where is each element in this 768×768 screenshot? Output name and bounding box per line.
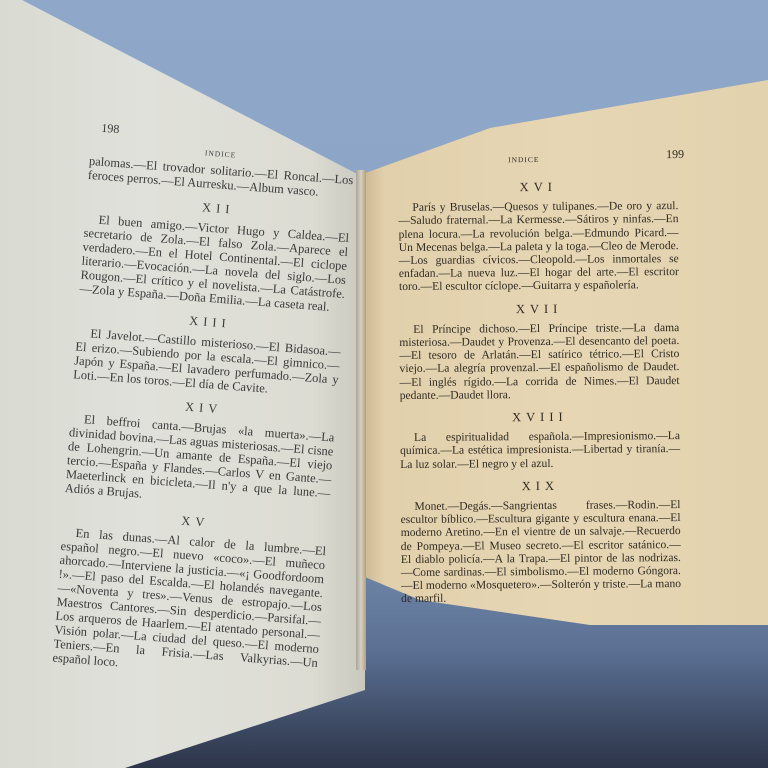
index-section: XV En las dunas.—Al calor de la lumbre.—… — [52, 505, 328, 684]
right-page-text: INDICE 199 XVI París y Bruselas.—Quesos … — [398, 148, 681, 615]
section-numeral: XVI — [398, 180, 678, 195]
section-text: Monet.—Degás.—Sangrientas frases.—Rodin.… — [400, 498, 681, 606]
page-number: 198 — [101, 121, 120, 136]
left-page-text: 198 INDICE palomas.—El trovador solitari… — [51, 120, 356, 693]
index-section: XIII El Javelot.—Castillo misterioso.—El… — [73, 306, 343, 401]
section-text: El Javelot.—Castillo misterioso.—El Bida… — [73, 325, 341, 400]
section-text: París y Bruselas.—Quesos y tulipanes.—De… — [398, 199, 679, 293]
section-text: En las dunas.—Al calor de la lumbre.—El … — [52, 525, 327, 684]
section-numeral: XVII — [399, 302, 679, 317]
section-text: El Príncipe dichoso.—El Príncipe triste.… — [399, 321, 680, 402]
section-text: La espiritualidad española.—Impresionism… — [400, 429, 680, 471]
index-section: XIX Monet.—Degás.—Sangrientas frases.—Ro… — [400, 479, 681, 606]
index-section: XVII El Príncipe dichoso.—El Príncipe tr… — [399, 302, 680, 402]
index-section: XVI París y Bruselas.—Quesos y tulipanes… — [398, 180, 679, 294]
photo-scene: 198 INDICE palomas.—El trovador solitari… — [0, 0, 768, 768]
running-head: INDICE — [508, 153, 540, 166]
index-section: XVIII La espiritualidad española.—Impres… — [400, 410, 680, 471]
right-page-header: INDICE 199 — [398, 148, 678, 172]
running-head: INDICE — [204, 146, 236, 162]
section-numeral: XIX — [400, 479, 680, 494]
section-text: El beffroi canta.—Brujas «la muerta».—La… — [64, 411, 334, 514]
section-numeral: XVIII — [400, 410, 680, 425]
page-number: 199 — [666, 148, 684, 161]
section-text: El buen amigo.—Victor Hugo y Caldea.—El … — [79, 212, 349, 315]
book-gutter — [356, 170, 366, 670]
index-section: XIV El beffroi canta.—Brujas «la muerta»… — [64, 391, 336, 514]
index-section: XII El buen amigo.—Victor Hugo y Caldea.… — [79, 192, 351, 315]
